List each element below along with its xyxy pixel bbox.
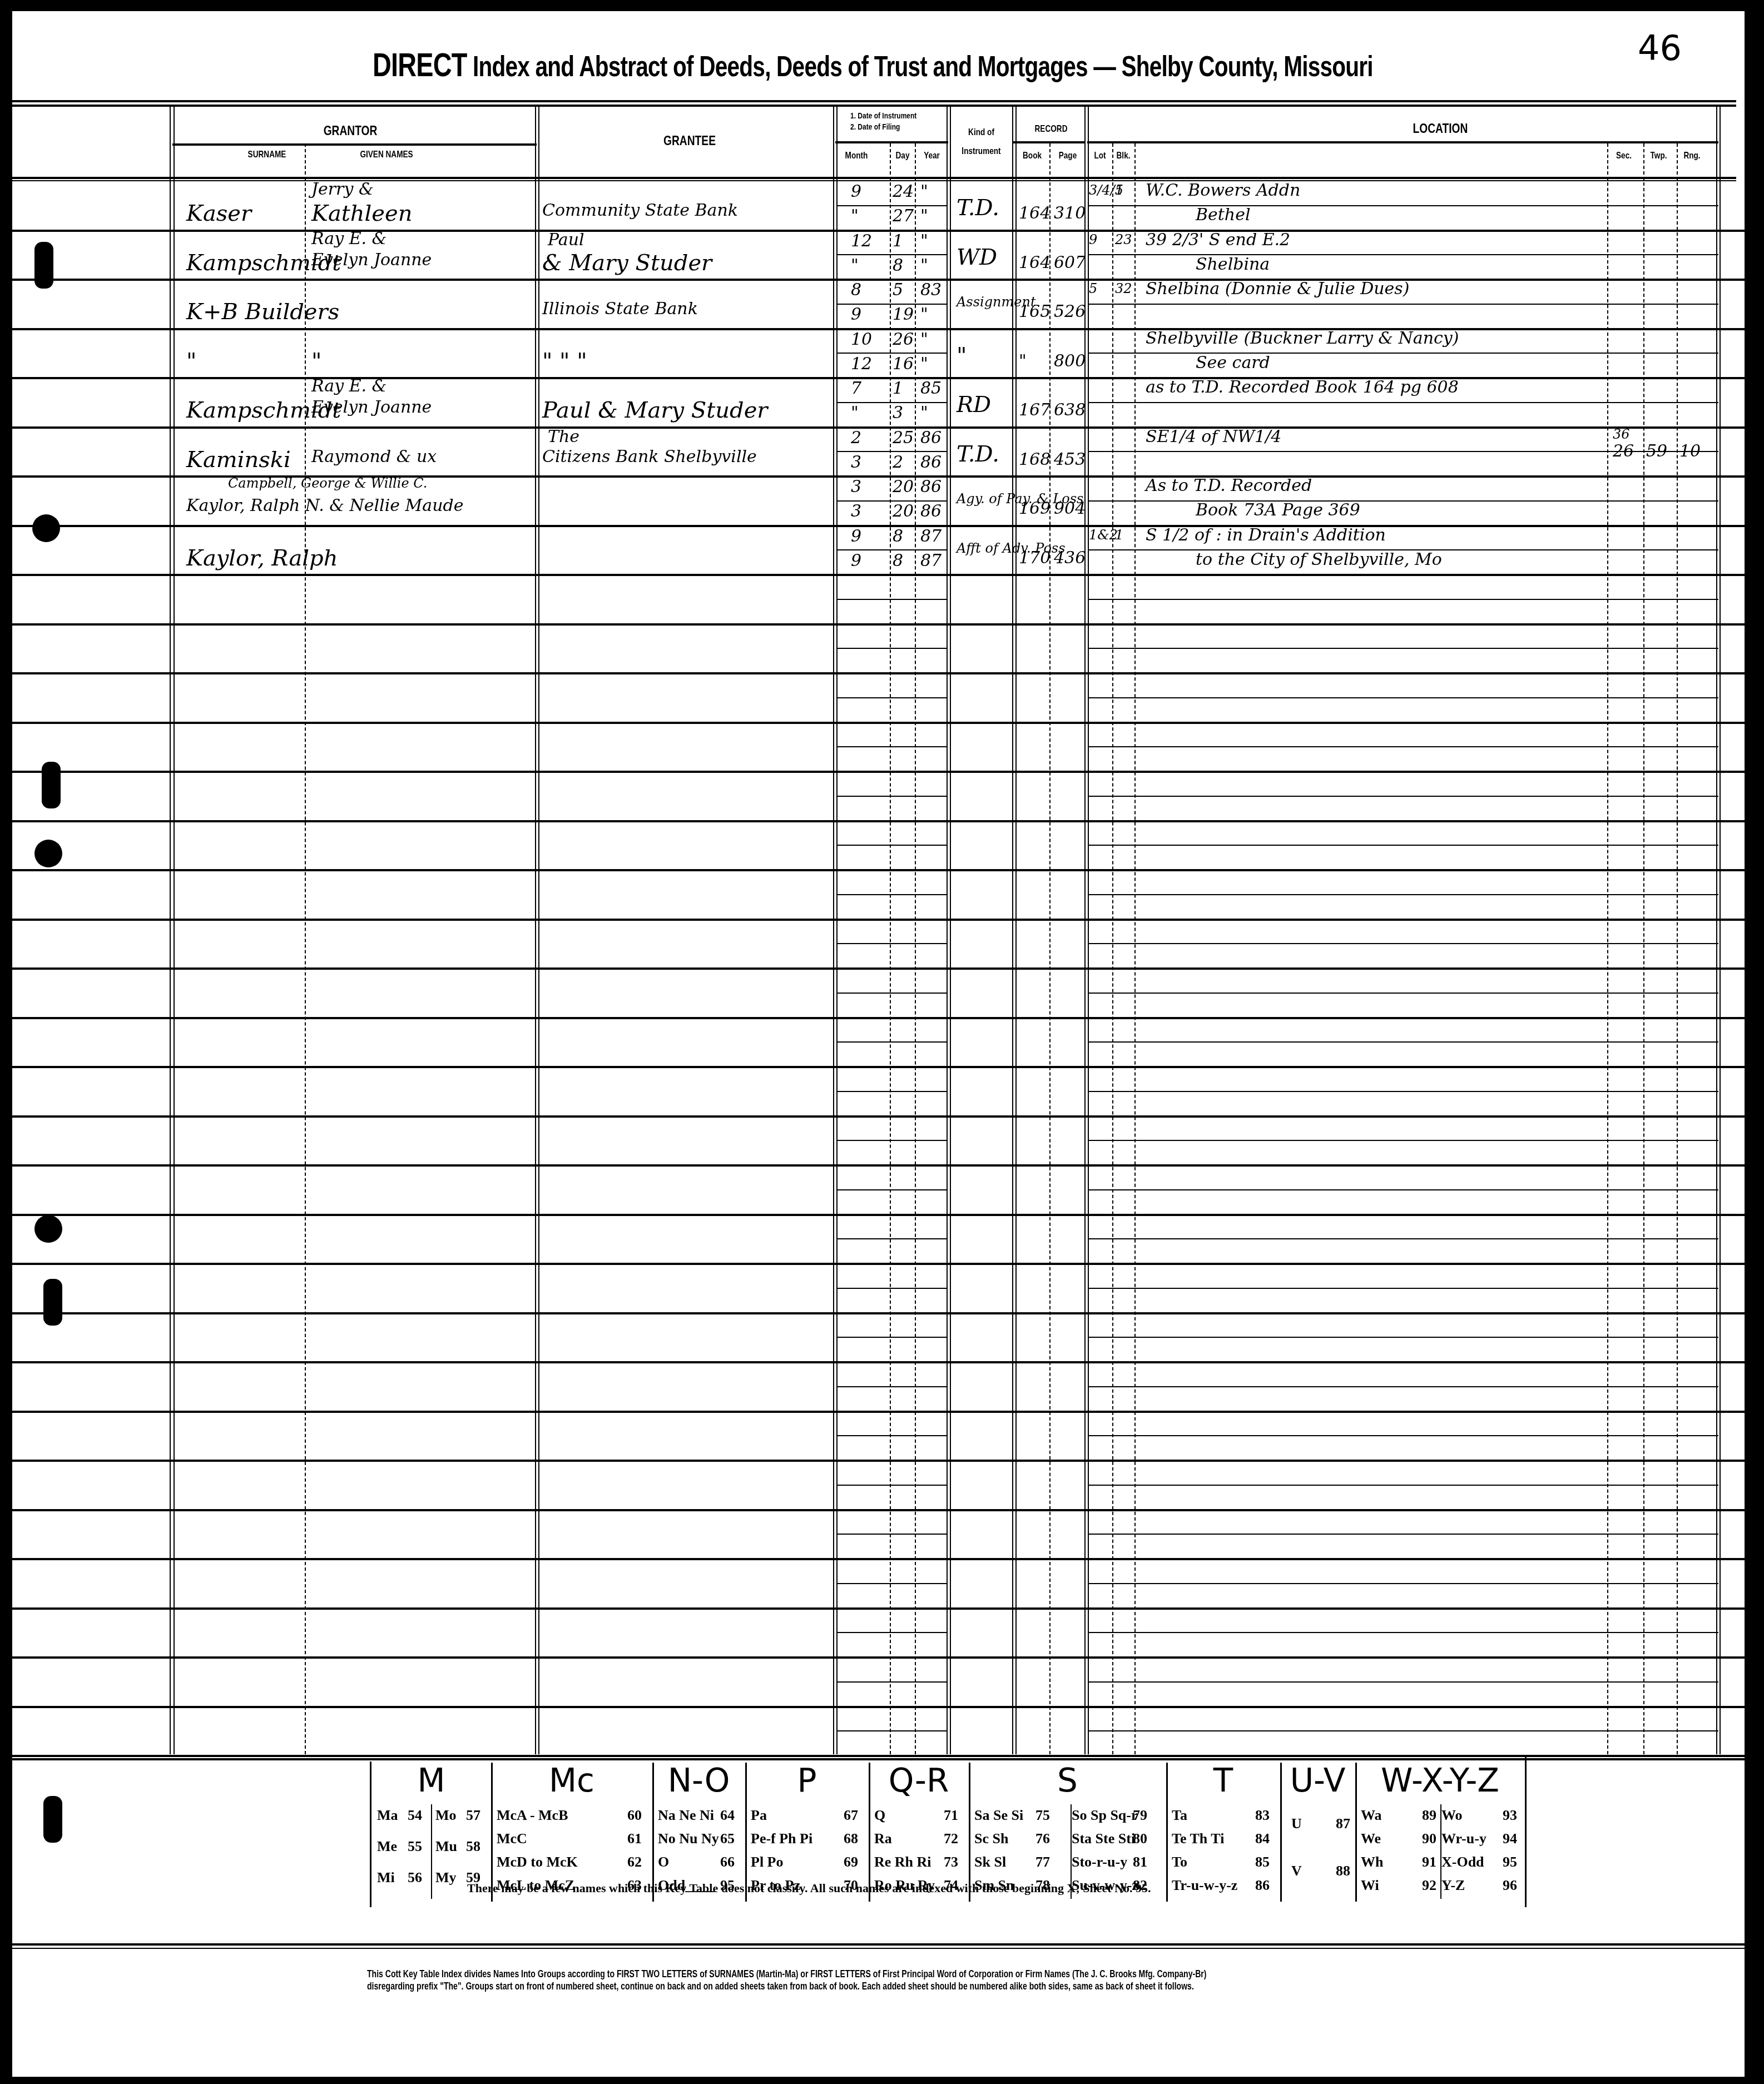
filing-year: " [920,306,928,323]
record-page: 904 [1054,500,1086,517]
header-bottom-rule [12,177,1736,179]
key-cell-label: McA - McB [497,1807,568,1824]
key-cell-label: Wo [1441,1807,1463,1824]
key-cell-sheet: 96 [1503,1877,1517,1894]
date-half-rule [836,1435,948,1436]
location-lot: 9 [1089,233,1097,246]
location-description-2: See card [1196,355,1270,371]
key-cell-sheet: 73 [944,1854,958,1870]
grantor-header: GRANTOR [284,123,417,139]
punch-hole-icon [34,1215,62,1243]
grantor-given-names: Evelyn Joanne [311,399,432,416]
row-rule [12,919,1745,921]
row-rule [12,1558,1745,1560]
record-page: 310 [1054,205,1086,222]
filing-day: 2 [893,454,903,471]
given-names-note: Jerry & [311,181,374,198]
surname-header: SURNAME [222,149,311,160]
filing-month: " [851,405,859,421]
grantor-given-names: Raymond & ux [311,449,437,465]
key-cell-label: Ra [874,1830,892,1847]
record-header: RECORD [1024,123,1078,135]
record-book: 164 [1019,255,1051,271]
instrument-month: 9 [851,528,861,545]
punch-hole-icon [43,1279,62,1326]
record-page: 638 [1054,402,1086,419]
record-page: 453 [1054,451,1086,468]
instrument-kind: T.D. [957,443,999,465]
location-half-rule [1088,1534,1718,1535]
instrument-month: 2 [851,430,861,446]
rng-header: Rng. [1680,150,1704,161]
key-cell-sheet: 75 [1035,1807,1050,1824]
grantor-surname: " [186,350,196,373]
punch-hole-icon [32,514,60,542]
date-half-rule [836,1534,948,1535]
key-cell-sheet: 67 [844,1807,858,1824]
key-cell-label: Wh [1361,1854,1383,1870]
grantee-name: Paul & Mary Studer [542,399,767,421]
date-half-rule [836,451,948,452]
filing-year: " [920,356,928,373]
key-cell-label: Na Ne Ni [658,1807,714,1824]
kind-header-2: Instrument [958,146,1005,157]
table-bottom-rule [12,1758,1745,1760]
key-cell-label: Mu [435,1838,457,1855]
key-cell-label: No Nu Ny [658,1830,719,1847]
key-cell-label: Wa [1361,1807,1382,1824]
key-cell-sheet: 80 [1133,1830,1147,1847]
punch-hole-icon [34,242,53,289]
key-cell-sheet: 62 [627,1854,642,1870]
lot-header: Lot [1091,150,1109,161]
column-dash [305,143,306,1754]
row-rule [12,1017,1745,1019]
location-half-rule [1088,500,1718,502]
location-section: 26 [1613,443,1634,460]
instrument-day: 8 [893,528,903,545]
key-cell-label: Pe-f Ph Pi [751,1830,812,1847]
filing-day: 3 [893,405,903,421]
key-cell-sheet: 76 [1035,1830,1050,1847]
location-half-rule [1088,845,1718,846]
given-names-header: GIVEN NAMES [331,149,442,160]
location-block: 1 [1115,528,1123,542]
grantor-surname: Kaser [186,202,251,225]
key-cell-sheet: 69 [844,1854,858,1870]
grantee-name: Citizens Bank Shelbyville [542,449,757,465]
key-cell-label: McC [497,1830,527,1847]
key-cell-sheet: 88 [1336,1863,1350,1879]
surname-note: Campbell, George & Willie C. [228,477,427,490]
given-names-note: Ray E. & [311,378,387,395]
title-lead: DIRECT [373,46,467,83]
key-cell-label: My [435,1869,457,1886]
location-block: 1 [1115,183,1123,197]
key-cell-label: Tr-u-w-y-z [1172,1877,1237,1894]
key-group-heading: W-X-Y-Z [1355,1762,1525,1799]
key-cell-label: X-Odd [1441,1854,1484,1870]
column-rule [174,105,175,1754]
location-half-rule [1088,796,1718,797]
date-half-rule [836,549,948,550]
key-cell-label: Sto-r-u-y [1072,1854,1127,1870]
column-rule [170,105,171,1754]
location-lot: 1&2 [1089,528,1118,542]
location-half-rule [1088,1288,1718,1289]
row-rule [12,230,1745,232]
location-description-2: Shelbina [1196,256,1270,273]
location-description: SE1/4 of NW1/4 [1146,429,1281,445]
record-book: 165 [1019,304,1051,320]
row-rule [12,820,1745,822]
record-book: 167 [1019,402,1051,419]
key-cell-sheet: 94 [1503,1830,1517,1847]
key-group-heading: Mc [491,1762,652,1799]
record-book: 168 [1019,451,1051,468]
date-half-rule [836,845,948,846]
row-rule [12,722,1745,724]
key-sub-divider [431,1804,432,1899]
punch-hole-icon [42,762,61,808]
record-page: 526 [1054,304,1086,320]
location-half-rule [1088,1140,1718,1141]
location-lot: 5 [1089,282,1097,295]
location-half-rule [1088,943,1718,944]
day-header: Day [891,150,914,161]
location-description-2: to the City of Shelbyville, Mo [1196,552,1442,568]
record-book: " [1019,353,1027,370]
location-block: 23 [1115,233,1132,246]
location-description: Shelbyville (Buckner Larry & Nancy) [1146,330,1459,347]
filing-year: 87 [920,553,942,569]
location-description: S 1/2 of : in Drain's Addition [1146,527,1386,544]
key-cell-sheet: 72 [944,1830,958,1847]
year-header: Year [920,150,944,161]
key-cell-sheet: 65 [720,1830,735,1847]
key-cell-sheet: 93 [1503,1807,1517,1824]
filing-month: 9 [851,306,861,323]
row-rule [12,574,1745,576]
instrument-day: 25 [893,430,914,446]
location-half-rule [1088,1730,1718,1731]
key-group-heading: T [1166,1762,1280,1799]
filing-year: 86 [920,503,942,520]
grantee-header: GRANTEE [627,133,752,149]
key-cell-label: Wi [1361,1877,1379,1894]
key-cell-label: O [658,1854,669,1870]
key-cell-sheet: 91 [1422,1854,1436,1870]
key-cell-sheet: 57 [466,1807,480,1824]
kind-header-1: Kind of [958,127,1005,138]
key-cell-sheet: 95 [1503,1854,1517,1870]
location-half-rule [1088,1337,1718,1338]
date-half-rule [836,254,948,255]
row-rule [12,1706,1745,1708]
key-cell-sheet: 84 [1255,1830,1270,1847]
row-rule [12,1656,1745,1659]
grantor-surname: K+B Builders [186,301,339,323]
instrument-day: 26 [893,331,914,348]
filing-year: " [920,405,928,421]
location-section-note: 36 [1613,428,1630,441]
title-rest: Index and Abstract of Deeds, Deeds of Tr… [467,51,1373,83]
record-book: 164 [1019,205,1051,222]
top-border [12,105,1736,107]
key-cell-sheet: 61 [627,1830,642,1847]
date-half-rule [836,1337,948,1338]
location-half-rule [1088,1189,1718,1190]
column-rule [950,105,951,1754]
key-cell-sheet: 83 [1255,1807,1270,1824]
instrument-kind: T.D. [957,197,999,219]
key-cell-label: So Sp Sq-r [1072,1807,1138,1824]
column-dash [1607,143,1608,1754]
location-description: 39 2/3' S end E.2 [1146,232,1290,249]
date-instrument-header: 1. Date of Instrument [850,111,935,121]
key-group-heading: S [969,1762,1166,1799]
row-rule [12,377,1745,379]
column-rule [538,105,539,1754]
location-half-rule [1088,993,1718,994]
location-half-rule [1088,304,1718,305]
key-cell-label: Q [874,1807,885,1824]
key-group-heading: Q-R [869,1762,969,1799]
row-rule [12,771,1745,773]
key-border [1525,1757,1527,1907]
punch-hole-icon [34,840,62,867]
row-rule [12,672,1745,674]
row-rule [12,1066,1745,1068]
location-half-rule [1088,1632,1718,1633]
punch-hole-icon [43,1796,62,1843]
location-half-rule [1088,599,1718,600]
location-half-rule [1088,1091,1718,1092]
location-half-rule [1088,205,1718,206]
instrument-day: 1 [893,380,903,397]
row-rule [12,1263,1745,1265]
date-half-rule [836,1485,948,1486]
instrument-kind: " [957,345,967,367]
page-title: DIRECT Index and Abstract of Deeds, Deed… [373,46,1373,84]
location-description: Shelbina (Donnie & Julie Dues) [1146,281,1409,297]
row-rule [12,1411,1745,1413]
key-group-heading: U-V [1280,1762,1355,1799]
date-half-rule [836,1730,948,1731]
date-half-rule [836,746,948,747]
grantor-sub-rule [172,143,537,146]
instrument-day: 1 [893,233,903,250]
location-township: 59 [1646,443,1667,460]
instrument-year: 85 [920,380,942,397]
column-rule [833,105,834,1754]
column-dash [1049,143,1051,1754]
grantor-given-names: Kathleen [311,202,412,225]
instrument-year: " [920,233,928,250]
grantee-name: " " " [542,350,587,373]
location-half-rule [1088,353,1718,354]
column-dash [1677,143,1678,1754]
key-cell-sheet: 90 [1422,1830,1436,1847]
location-description: as to T.D. Recorded Book 164 pg 608 [1146,379,1459,396]
location-half-rule [1088,648,1718,649]
location-half-rule [1088,894,1718,895]
filing-month: 12 [851,356,872,373]
date-half-rule [836,1238,948,1239]
key-cell-sheet: 66 [720,1854,735,1870]
row-rule [12,1214,1745,1216]
location-half-rule [1088,1041,1718,1043]
date-half-rule [836,894,948,895]
key-group-heading: N-O [652,1762,745,1799]
key-cell-label: Re Rh Ri [874,1854,931,1870]
location-description-2: Bethel [1196,207,1251,224]
column-dash [1112,143,1113,1754]
row-rule [12,1755,1745,1757]
filing-year: 86 [920,454,942,471]
key-cell-sheet: 85 [1255,1854,1270,1870]
row-rule [12,1164,1745,1167]
twp-header: Twp. [1647,150,1671,161]
row-rule [12,1361,1745,1363]
filing-year: " [920,208,928,225]
instrument-month: 12 [851,233,872,250]
date-half-rule [836,1386,948,1387]
instrument-day: 24 [893,183,914,200]
key-cell-label: Mi [377,1869,395,1886]
key-cell-label: Pa [751,1807,767,1824]
given-names-note: Ray E. & [311,231,387,247]
book-header: Book [1019,150,1045,161]
record-page: 800 [1054,353,1086,370]
location-range: 10 [1679,443,1701,460]
instrument-month: 10 [851,331,872,348]
key-cell-label: Te Th Ti [1172,1830,1224,1847]
record-book: 169 [1019,500,1051,517]
date-sub-rule [835,141,948,143]
key-cell-label: Sta Ste Sti [1072,1830,1135,1847]
column-rule [1745,105,1747,1754]
key-cell-label: To [1172,1854,1187,1870]
key-group-heading: M [371,1762,491,1799]
key-cell-label: Sa Se Si [974,1807,1023,1824]
instrument-month: 3 [851,479,861,495]
key-cell-sheet: 56 [408,1869,422,1886]
key-cell-sheet: 64 [720,1807,735,1824]
date-half-rule [836,1681,948,1683]
key-cell-label: Ta [1172,1807,1187,1824]
row-rule [12,869,1745,871]
grantor-given-names: " [311,350,321,373]
key-cell-label: Me [377,1838,397,1855]
blk-header: Blk. [1114,150,1132,161]
filing-month: " [851,257,859,274]
key-cell-label: Wr-u-y [1441,1830,1486,1847]
date-half-rule [836,943,948,944]
key-cell-label: V [1291,1863,1302,1879]
key-cell-sheet: 92 [1422,1877,1436,1894]
instrument-month: 8 [851,282,861,299]
key-cell-sheet: 89 [1422,1807,1436,1824]
instrument-kind: RD [957,394,991,416]
key-cell-sheet: 86 [1255,1877,1270,1894]
row-rule [12,1312,1745,1314]
key-cell-label: We [1361,1830,1381,1847]
location-description: As to T.D. Recorded [1146,478,1312,494]
filing-month: 3 [851,503,861,520]
grantor-surname: Kaylor, Ralph N. & Nellie Maude [186,498,463,514]
column-dash [1643,143,1644,1754]
key-cell-sheet: 87 [1336,1815,1350,1832]
column-rule [1015,105,1017,1754]
grantee-name: Illinois State Bank [542,301,698,317]
instrument-year: 83 [920,282,942,299]
column-rule [1720,105,1721,1754]
key-cell-sheet: 68 [844,1830,858,1847]
key-group-heading: P [745,1762,869,1799]
instrument-month: 7 [851,380,861,397]
location-half-rule [1088,1583,1718,1584]
key-table-note: There may be a few names which this Key … [467,1881,1151,1896]
filing-day: 27 [893,208,914,225]
key-cell-label: Sk Sl [974,1854,1006,1870]
filing-day: 20 [893,503,914,520]
location-half-rule [1088,1681,1718,1683]
key-cell-sheet: 60 [627,1807,642,1824]
filing-month: 9 [851,553,861,569]
footer-line-2: disregarding prefix "The". Groups start … [367,1981,1194,1993]
row-rule [12,1115,1745,1118]
grantee-name: Community State Bank [542,202,738,219]
key-cell-label: Pl Po [751,1854,784,1870]
instrument-kind: WD [957,246,997,269]
location-half-rule [1088,1485,1718,1486]
key-bottom-rule [12,1943,1745,1946]
column-dash [1134,143,1136,1754]
location-sub-rule [1087,141,1718,143]
row-rule [12,328,1745,330]
row-rule [12,1460,1745,1462]
grantee-name: & Mary Studer [542,252,712,274]
row-rule [12,1509,1745,1511]
location-block: 32 [1115,282,1132,295]
row-rule [12,967,1745,970]
key-cell-sheet: 77 [1035,1854,1050,1870]
key-cell-sheet: 58 [466,1838,480,1855]
filing-day: 8 [893,257,903,274]
top-border [12,100,1736,102]
grantee-note: The [548,429,579,445]
location-description-2: Book 73A Page 369 [1196,502,1360,519]
column-dash [915,143,916,1754]
filing-month: " [851,208,859,225]
date-half-rule [836,648,948,649]
instrument-year: 86 [920,479,942,495]
record-page: 607 [1054,255,1086,271]
row-rule [12,1607,1745,1610]
column-dash [890,143,891,1754]
key-cell-label: Ma [377,1807,398,1824]
date-filing-header: 2. Date of Filing [850,122,935,132]
date-half-rule [836,1632,948,1633]
date-half-rule [836,1583,948,1584]
grantor-given-names: Evelyn Joanne [311,252,432,269]
header-bottom-rule [12,180,1736,181]
location-half-rule [1088,402,1718,403]
key-cell-sheet: 81 [1133,1854,1147,1870]
month-header: Month [843,150,870,161]
key-bottom-rule [12,1948,1745,1949]
